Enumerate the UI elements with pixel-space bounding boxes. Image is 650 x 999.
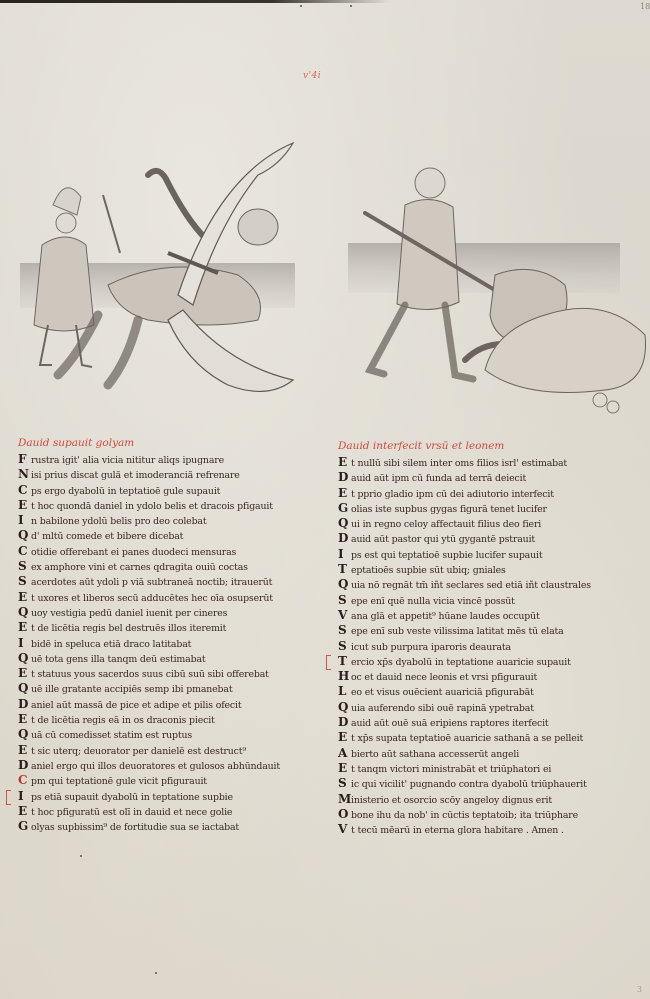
verse-line: Cotidie offerebant ei panes duodeci mens…: [18, 544, 318, 559]
verse-text: ic qui vicilit' pugnando contra dyabolū …: [351, 777, 587, 792]
initial-letter: E: [338, 730, 351, 745]
parchment-speck: [350, 5, 352, 7]
verse-text: olias iste supbus gygas figurā tenet luc…: [351, 502, 547, 517]
verse-text: ps etiā supauit dyabolū in teptatione su…: [31, 790, 233, 805]
verse-line: Obone ihu da nob' in cūctis teptatoib; i…: [338, 807, 638, 822]
verse-line: Et de licētia regis bel destruēs illos i…: [18, 620, 318, 635]
verse-text: t de licētia regis bel destruēs illos it…: [31, 621, 226, 636]
verse-line: Quā cū comedisset statim est ruptus: [18, 727, 318, 742]
verse-text: t statuus yous sacerdos suus cibū suū si…: [31, 667, 269, 682]
verse-line: Quoy vestigia pedū daniel iuenit per cin…: [18, 605, 318, 620]
verse-text: ps est qui teptatioē supbie lucifer supa…: [351, 548, 542, 563]
initial-letter: V: [338, 822, 351, 837]
verse-text: t tecū mēarū in eterna glora habitare . …: [351, 823, 564, 838]
initial-letter: S: [338, 593, 351, 608]
verse-text: olyas supbissim⁹ de fortitudie sua se ia…: [31, 820, 239, 835]
parchment-speck: [155, 972, 157, 974]
verse-text: auid aūt ipm cū funda ad terrā deiecit: [351, 471, 526, 486]
verse-line: Daniel ergo qui illos deuoratores et gul…: [18, 758, 318, 773]
initial-letter: H: [338, 669, 351, 684]
initial-letter: O: [338, 807, 351, 822]
initial-letter: D: [18, 697, 31, 712]
initial-letter: Q: [18, 681, 31, 696]
verse-line: Sepe enī quē nulla vicia vincē possūt: [338, 593, 638, 608]
verse-line: Tercio xp̄s dyabolū in teptatione auaric…: [338, 654, 638, 669]
initial-letter: L: [338, 684, 351, 699]
corner-number: 18: [640, 2, 650, 11]
verse-line: Et xp̄s supata teptatioē auaricie sathan…: [338, 730, 638, 745]
verse-line: Et statuus yous sacerdos suus cibū suū s…: [18, 666, 318, 681]
verse-text: bierto aūt sathana accesserūt angeli: [351, 747, 519, 762]
initial-letter: E: [338, 455, 351, 470]
verse-line: Golias iste supbus gygas figurā tenet lu…: [338, 501, 638, 516]
initial-letter: Q: [338, 577, 351, 592]
verse-text: uē ille gratante accipiēs semp ibi pmane…: [31, 682, 232, 697]
rubric-text: Dauid interfecit vrsū et leonem: [338, 440, 504, 452]
verse-text: pm qui teptationē gule vicit pfigurauit: [31, 774, 207, 789]
verse-text: t nullū sibi silem inter oms filios isrl…: [351, 456, 567, 471]
folio-mark: v'4i: [303, 71, 321, 81]
illustration-david-goliath: [18, 135, 318, 405]
verse-line: Quē tota gens illa tanqm deū estimabat: [18, 651, 318, 666]
drawing-david-lion-icon: [345, 155, 650, 425]
verse-text: uē tota gens illa tanqm deū estimabat: [31, 652, 206, 667]
initial-letter: E: [18, 804, 31, 819]
initial-letter: Q: [18, 651, 31, 666]
paragraph-mark-icon: [326, 655, 331, 670]
initial-letter: S: [18, 574, 31, 589]
initial-letter: Q: [18, 727, 31, 742]
verse-line: Dauid aūt ipm cū funda ad terrā deiecit: [338, 470, 638, 485]
verse-line: Qui in regno celoy affectauit filius deo…: [338, 516, 638, 531]
initial-letter: Q: [338, 700, 351, 715]
drawing-david-goliath-icon: [18, 135, 318, 405]
verse-line: Frustra igit' alia vicia nititur aliqs i…: [18, 452, 318, 467]
verse-text: isi prius discat gulă et imoderanciă ref…: [31, 468, 240, 483]
initial-letter: C: [18, 773, 31, 788]
verse-line: Leo et visus ouēcient auariciā pfigurabā…: [338, 684, 638, 699]
verse-line: Sepe enī sub veste vilissima latitat mēs…: [338, 623, 638, 638]
initial-letter: I: [338, 547, 351, 562]
initial-letter: D: [338, 715, 351, 730]
verse-line: Quē ille gratante accipiēs semp ibi pman…: [18, 681, 318, 696]
verse-text: t uxores et liberos secū adducētes hec o…: [31, 591, 273, 606]
initial-letter: Q: [18, 528, 31, 543]
illustration-david-lion-bear: [345, 155, 650, 425]
scan-edge-shadow: [0, 0, 390, 3]
verse-text: ps ergo dyabolū in teptatioē gule supaui…: [31, 484, 220, 499]
verse-text: aniel ergo qui illos deuoratores et gulo…: [31, 759, 280, 774]
verse-line: Ibidē in speluca etiā draco latitabat: [18, 636, 318, 651]
verse-line: Ips etiā supauit dyabolū in teptatione s…: [18, 789, 318, 804]
rubric-heading-left: Dauid supauit golyam: [18, 436, 318, 452]
verse-text: inisterio et osorcio scōy angeloy dignus…: [351, 793, 552, 808]
verse-line: Sic qui vicilit' pugnando contra dyabolū…: [338, 776, 638, 791]
initial-letter: T: [338, 654, 351, 669]
initial-letter: G: [338, 501, 351, 516]
verse-line: Et hoc pfiguratū est olī in dauid et nec…: [18, 804, 318, 819]
initial-letter: S: [338, 623, 351, 638]
initial-letter: A: [338, 746, 351, 761]
verse-line: Et sic uterq; deuorator per danielē est …: [18, 743, 318, 758]
verse-line: Hoc et dauid nece leonis et vrsi pfigura…: [338, 669, 638, 684]
verse-text: uia nō regnāt tm̄ iñt seclares sed etiā …: [351, 578, 591, 593]
verse-text: uoy vestigia pedū daniel iuenit per cine…: [31, 606, 227, 621]
verse-text: d' mltū comede et bibere dicebat: [31, 529, 183, 544]
verse-text: t tanqm victori ministrabāt et triūphato…: [351, 762, 551, 777]
initial-letter: T: [338, 562, 351, 577]
verse-line: Teptatioēs supbie sūt ubiq; gniales: [338, 562, 638, 577]
verse-line: Ips est qui teptatioē supbie lucifer sup…: [338, 547, 638, 562]
verse-line: Cpm qui teptationē gule vicit pfigurauit: [18, 773, 318, 788]
verse-text: ui in regno celoy affectauit filius deo …: [351, 517, 541, 532]
initial-letter: S: [18, 559, 31, 574]
verse-line: Vana glā et appetit⁹ hūane laudes occupū…: [338, 608, 638, 623]
initial-letter: E: [18, 743, 31, 758]
initial-letter: E: [338, 486, 351, 501]
verse-text: aniel aūt massā de pice et adipe et pili…: [31, 698, 241, 713]
verse-line: Dauid aūt pastor qui ytū gygantē pstraui…: [338, 531, 638, 546]
initial-letter: I: [18, 513, 31, 528]
verse-list-left: Frustra igit' alia vicia nititur aliqs i…: [18, 452, 318, 834]
initial-letter: F: [18, 452, 31, 467]
rubric-heading-right: Dauid interfecit vrsū et leonem: [338, 439, 638, 455]
verse-line: Et nullū sibi silem inter oms filios isr…: [338, 455, 638, 470]
initial-letter: S: [338, 776, 351, 791]
verse-line: Golyas supbissim⁹ de fortitudie sua se i…: [18, 819, 318, 834]
verse-text: t sic uterq; deuorator per danielē est d…: [31, 744, 246, 759]
initial-letter: I: [18, 789, 31, 804]
verse-line: In babilone ydolū belis pro deo colebat: [18, 513, 318, 528]
verse-text: uia auferendo sibi ouē rapinā ypetrabat: [351, 701, 534, 716]
verse-line: Dauid aūt ouē suā eripiens raptores iter…: [338, 715, 638, 730]
verse-line: Sacerdotes aūt ydoli p viā subtraneā noc…: [18, 574, 318, 589]
verse-list-right: Et nullū sibi silem inter oms filios isr…: [338, 455, 638, 837]
initial-letter: D: [338, 531, 351, 546]
verse-line: Qd' mltū comede et bibere dicebat: [18, 528, 318, 543]
verse-line: Quia nō regnāt tm̄ iñt seclares sed etiā…: [338, 577, 638, 592]
verse-text: bidē in speluca etiā draco latitabat: [31, 637, 191, 652]
verse-text: n babilone ydolū belis pro deo colebat: [31, 514, 207, 529]
verse-text: uā cū comedisset statim est ruptus: [31, 728, 192, 743]
verse-line: Et uxores et liberos secū adducētes hec …: [18, 590, 318, 605]
initial-letter: E: [18, 666, 31, 681]
initial-letter: S: [338, 639, 351, 654]
verse-line: Quia auferendo sibi ouē rapinā ypetrabat: [338, 700, 638, 715]
initial-letter: M: [338, 792, 351, 807]
verse-line: Et de licētia regis eā in os draconis pi…: [18, 712, 318, 727]
verse-line: Nisi prius discat gulă et imoderanciă re…: [18, 467, 318, 482]
paragraph-mark-icon: [6, 790, 11, 805]
initial-letter: E: [18, 590, 31, 605]
verse-line: Sex amphore vini et carnes qdragita ouiū…: [18, 559, 318, 574]
initial-letter: E: [338, 761, 351, 776]
verse-text: t pprio gladio ipm cū dei adiutorio inte…: [351, 487, 554, 502]
initial-letter: Q: [338, 516, 351, 531]
initial-letter: E: [18, 498, 31, 513]
verse-line: Et tanqm victori ministrabāt et triūphat…: [338, 761, 638, 776]
verse-line: Vt tecū mēarū in eterna glora habitare .…: [338, 822, 638, 837]
verse-text: auid aūt ouē suā eripiens raptores iterf…: [351, 716, 549, 731]
verse-text: t xp̄s supata teptatioē auaricie sathanā…: [351, 731, 583, 746]
text-column-right: Dauid interfecit vrsū et leonem Et nullū…: [338, 439, 638, 837]
initial-letter: C: [18, 544, 31, 559]
initial-letter: D: [338, 470, 351, 485]
verse-line: Et pprio gladio ipm cū dei adiutorio int…: [338, 486, 638, 501]
verse-text: eptatioēs supbie sūt ubiq; gniales: [351, 563, 506, 578]
initial-letter: I: [18, 636, 31, 651]
bottom-number: 3: [637, 985, 642, 994]
verse-text: acerdotes aūt ydoli p viā subtraneā noct…: [31, 575, 272, 590]
parchment-speck: [80, 855, 82, 857]
rubric-text: Dauid supauit golyam: [18, 437, 134, 449]
verse-text: t de licētia regis eā in os draconis pie…: [31, 713, 215, 728]
initial-letter: G: [18, 819, 31, 834]
verse-line: Sicut sub purpura iparoris deaurata: [338, 639, 638, 654]
initial-letter: Q: [18, 605, 31, 620]
verse-text: t hoc quondā daniel in ydolo belis et dr…: [31, 499, 273, 514]
verse-text: epe enī sub veste vilissima latitat mēs …: [351, 624, 564, 639]
verse-text: eo et visus ouēcient auariciā pfigurabāt: [351, 685, 534, 700]
verse-line: Et hoc quondā daniel in ydolo belis et d…: [18, 498, 318, 513]
verse-text: icut sub purpura iparoris deaurata: [351, 640, 511, 655]
verse-text: ex amphore vini et carnes qdragita ouiū …: [31, 560, 248, 575]
initial-letter: V: [338, 608, 351, 623]
parchment-speck: [300, 5, 302, 7]
text-column-left: Dauid supauit golyam Frustra igit' alia …: [18, 436, 318, 834]
initial-letter: D: [18, 758, 31, 773]
verse-text: epe enī quē nulla vicia vincē possūt: [351, 594, 515, 609]
verse-line: Ministerio et osorcio scōy angeloy dignu…: [338, 792, 638, 807]
verse-text: otidie offerebant ei panes duodeci mensu…: [31, 545, 236, 560]
verse-text: rustra igit' alia vicia nititur aliqs ip…: [31, 453, 224, 468]
manuscript-page: 18 v'4i: [0, 0, 650, 999]
verse-text: auid aūt pastor qui ytū gygantē pstrauit: [351, 532, 535, 547]
verse-text: ana glā et appetit⁹ hūane laudes occupūt: [351, 609, 540, 624]
verse-line: Cps ergo dyabolū in teptatioē gule supau…: [18, 483, 318, 498]
initial-letter: N: [18, 467, 31, 482]
initial-letter: C: [18, 483, 31, 498]
verse-text: ercio xp̄s dyabolū in teptatione auarici…: [351, 655, 571, 670]
initial-letter: E: [18, 620, 31, 635]
verse-line: Abierto aūt sathana accesserūt angeli: [338, 746, 638, 761]
verse-text: bone ihu da nob' in cūctis teptatoib; it…: [351, 808, 578, 823]
verse-text: oc et dauid nece leonis et vrsi pfigurau…: [351, 670, 537, 685]
initial-letter: E: [18, 712, 31, 727]
verse-text: t hoc pfiguratū est olī in dauid et nece…: [31, 805, 232, 820]
verse-line: Daniel aūt massā de pice et adipe et pil…: [18, 697, 318, 712]
